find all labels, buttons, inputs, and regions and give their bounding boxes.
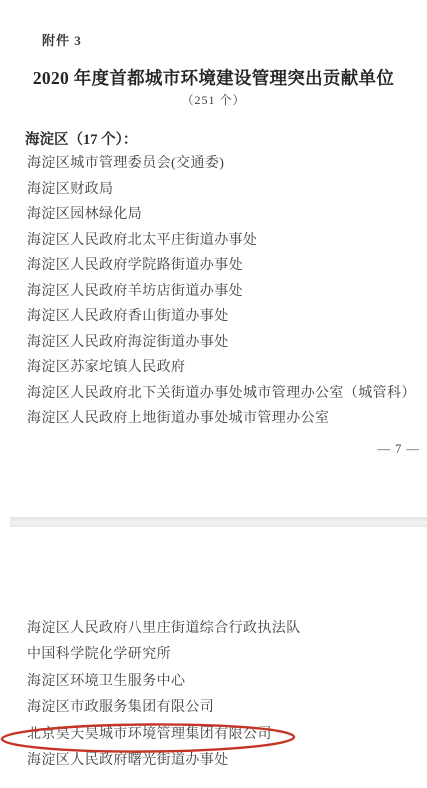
page-break-separator — [10, 517, 427, 527]
document-page: 附件 3 2020 年度首都城市环境建设管理突出贡献单位 （251 个） 海淀区… — [0, 0, 427, 788]
list-item: 海淀区人民政府香山街道办事处 — [27, 304, 416, 330]
list-item: 海淀区人民政府上地街道办事处城市管理办公室 — [27, 406, 416, 432]
list-item: 海淀区苏家坨镇人民政府 — [27, 355, 416, 381]
page-number: — 7 — — [378, 442, 421, 457]
list-item: 海淀区财政局 — [27, 177, 416, 203]
unit-list-page2: 海淀区人民政府八里庄街道综合行政执法队 中国科学院化学研究所 海淀区环境卫生服务… — [27, 616, 301, 774]
list-item-highlighted: 北京昊天昊城市环境管理集团有限公司 — [27, 722, 301, 748]
list-item: 海淀区城市管理委员会(交通委) — [27, 151, 416, 177]
attachment-label: 附件 3 — [42, 30, 82, 49]
list-item: 海淀区人民政府学院路街道办事处 — [27, 253, 416, 279]
section-header-haidian: 海淀区（17 个）： — [25, 128, 137, 149]
list-item: 海淀区环境卫生服务中心 — [27, 669, 301, 695]
list-item: 海淀区人民政府北下关街道办事处城市管理办公室（城管科） — [27, 381, 416, 407]
list-item: 海淀区人民政府海淀街道办事处 — [27, 330, 416, 356]
list-item: 海淀区人民政府曙光街道办事处 — [27, 748, 301, 774]
unit-list-page1: 海淀区城市管理委员会(交通委) 海淀区财政局 海淀区园林绿化局 海淀区人民政府北… — [27, 151, 416, 432]
list-item: 海淀区人民政府北太平庄街道办事处 — [27, 228, 416, 254]
list-item: 中国科学院化学研究所 — [27, 642, 301, 668]
document-title: 2020 年度首都城市环境建设管理突出贡献单位 — [0, 65, 427, 90]
list-item: 海淀区人民政府羊坊店街道办事处 — [27, 279, 416, 305]
list-item: 海淀区市政服务集团有限公司 — [27, 695, 301, 721]
list-item: 海淀区人民政府八里庄街道综合行政执法队 — [27, 616, 301, 642]
list-item: 海淀区园林绿化局 — [27, 202, 416, 228]
document-subtitle-count: （251 个） — [0, 91, 427, 108]
